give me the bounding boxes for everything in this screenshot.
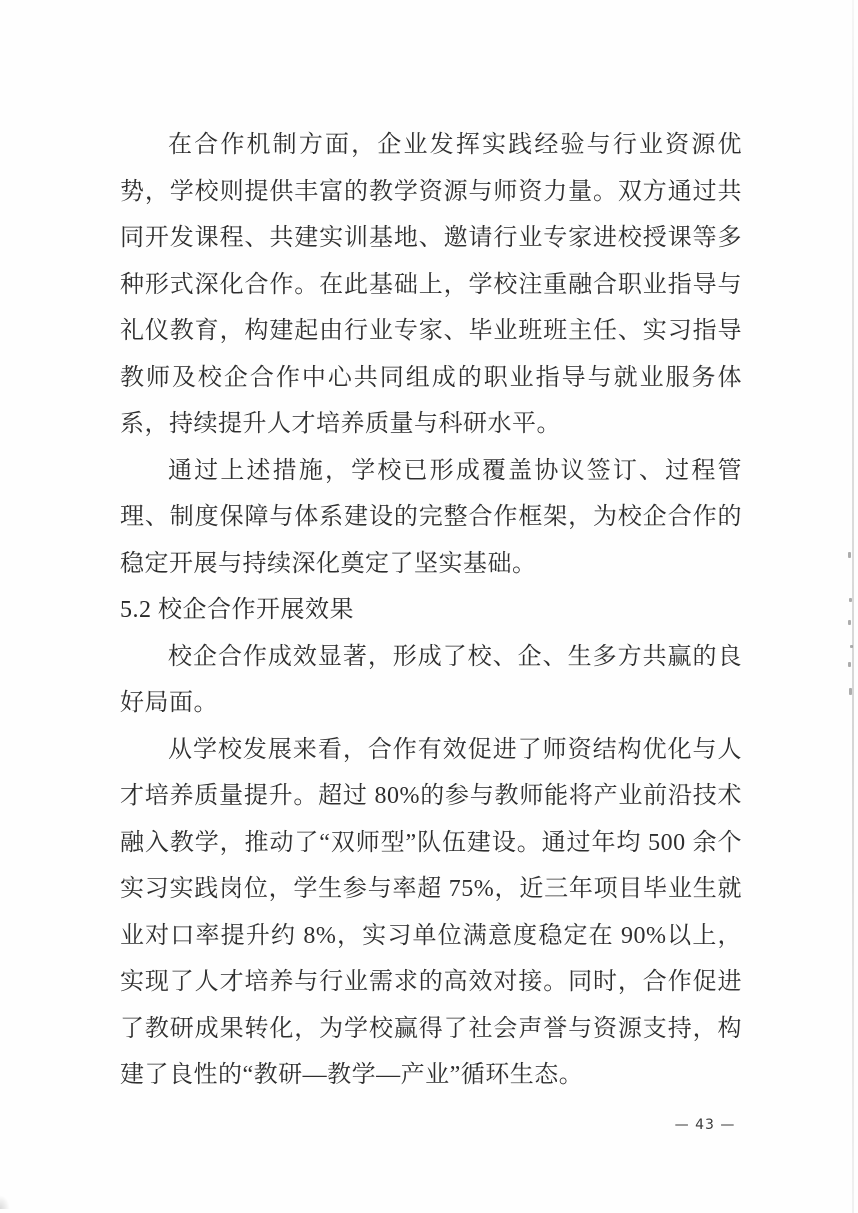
page-number: — 43 — — [650, 1117, 760, 1133]
paragraph-win-win-results: 校企合作成效显著，形成了校、企、生多方共赢的良好局面。 — [120, 634, 742, 727]
scanned-document-page: 在合作机制方面，企业发挥实践经验与行业资源优势，学校则提供丰富的教学资源与师资力… — [0, 0, 858, 1213]
scan-speckle — [849, 598, 852, 602]
paragraph-cooperation-mechanism: 在合作机制方面，企业发挥实践经验与行业资源优势，学校则提供丰富的教学资源与师资力… — [120, 122, 742, 448]
scan-speckle — [848, 662, 851, 667]
paragraph-school-development-stats: 从学校发展来看，合作有效促进了师资结构优化与人才培养质量提升。超过 80%的参与… — [120, 727, 742, 1099]
page-body-text: 在合作机制方面，企业发挥实践经验与行业资源优势，学校则提供丰富的教学资源与师资力… — [120, 122, 742, 1099]
scan-speckle — [848, 552, 851, 558]
scan-speckle — [848, 620, 851, 625]
scan-corner-smudge — [0, 1195, 10, 1209]
section-heading-5-2: 5.2 校企合作开展效果 — [120, 587, 742, 634]
scan-speckle — [849, 688, 852, 695]
scan-speckle — [850, 645, 853, 648]
paragraph-framework-summary: 通过上述措施，学校已形成覆盖协议签订、过程管理、制度保障与体系建设的完整合作框架… — [120, 448, 742, 588]
scan-edge-line — [852, 0, 854, 1213]
